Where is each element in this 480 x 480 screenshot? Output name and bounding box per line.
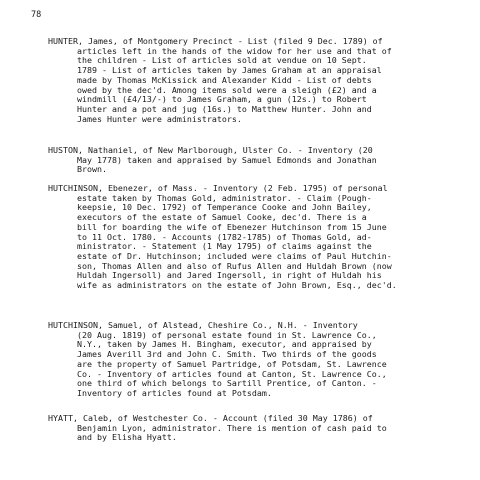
- entry-line: and by Elisha Hyatt.: [48, 433, 468, 443]
- entry-hutchinson-ebenezer: HUTCHINSON, Ebenezer, of Mass. - Invento…: [48, 184, 468, 291]
- entry-huston-nathaniel: HUSTON, Nathaniel, of New Marlborough, U…: [48, 146, 468, 175]
- entry-hunter-james: HUNTER, James, of Montgomery Precinct - …: [48, 37, 468, 124]
- entry-hyatt-caleb: HYATT, Caleb, of Westchester Co. - Accou…: [48, 414, 468, 443]
- page-number: 78: [31, 10, 41, 20]
- entry-line: James Hunter were administrators.: [48, 115, 468, 125]
- entry-line: Brown.: [48, 165, 468, 175]
- entry-line: wife as administrators on the estate of …: [48, 281, 468, 291]
- entry-hutchinson-samuel: HUTCHINSON, Samuel, of Alstead, Cheshire…: [48, 321, 468, 399]
- entry-line: Inventory of articles found at Potsdam.: [48, 389, 468, 399]
- entry-line: May 1778) taken and appraised by Samuel …: [48, 156, 468, 166]
